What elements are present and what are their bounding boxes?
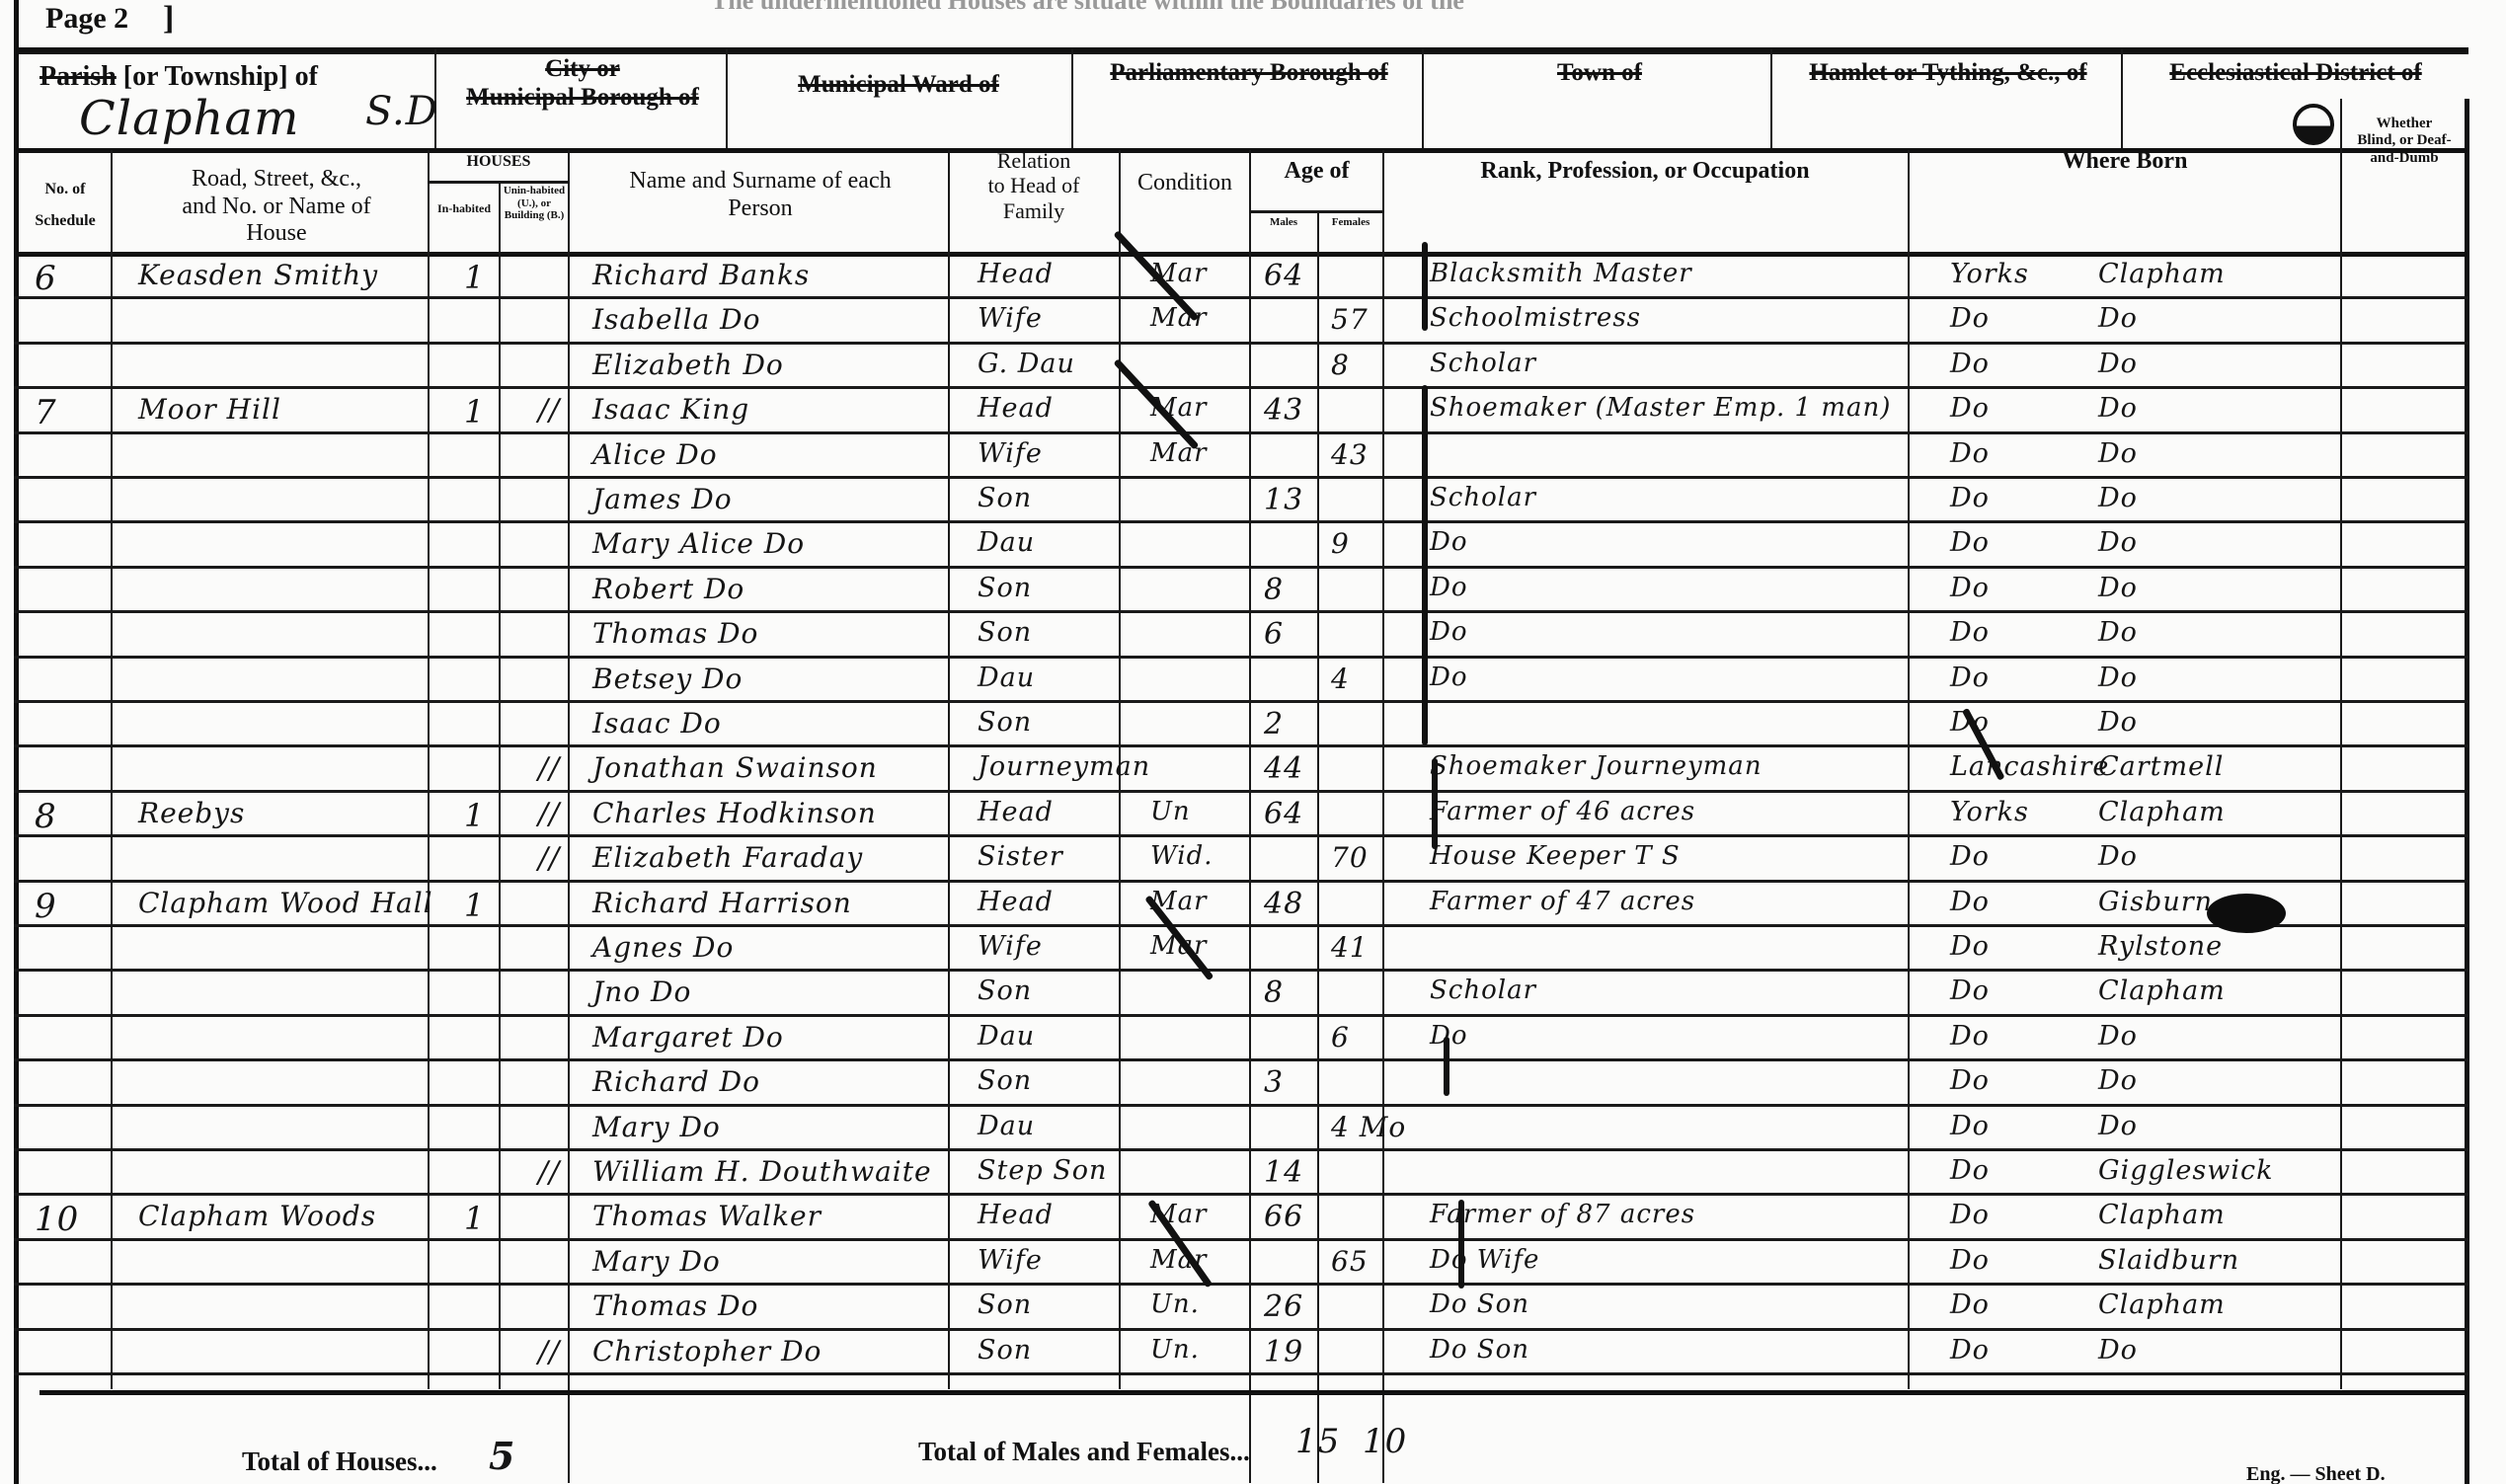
name-cell: Alice Do: [592, 438, 718, 471]
table-row: //William H. DouthwaiteStep Son14DoGiggl…: [0, 1151, 2468, 1196]
table-row: Mary DoDau4 MoDoDo: [0, 1107, 2468, 1151]
female-age-cell: 41: [1331, 931, 1369, 964]
table-row: //Elizabeth FaradaySisterWid.70House Kee…: [0, 837, 2468, 882]
ward-label: Municipal Ward of: [741, 71, 1057, 100]
born-county-cell: Yorks: [1950, 797, 2029, 827]
born-county-cell: Do: [1950, 483, 1990, 513]
relation-cell: Son: [978, 707, 1032, 738]
schedule-cell: 9: [35, 887, 57, 926]
born-county-cell: Lancashire: [1950, 751, 2109, 782]
inhabited-cell: 1: [464, 259, 485, 296]
parish-township-label: [or Township] of: [123, 61, 318, 92]
page-number-label: Page 2: [45, 2, 128, 36]
relation-cell: Son: [978, 976, 1032, 1006]
occupation-cell: Do: [1430, 573, 1468, 602]
table-row: 8Reebys1//Charles HodkinsonHeadUn64Farme…: [0, 793, 2468, 837]
col-header-blind-line1: Whether: [2342, 116, 2467, 132]
table-row: 7Moor Hill1//Isaac KingHeadMar43Shoemake…: [0, 389, 2468, 433]
relation-cell: Head: [978, 259, 1054, 289]
col-header-road-line3: House: [138, 220, 415, 248]
born-county-cell: Do: [1950, 1335, 1990, 1366]
road-cell: Moor Hill: [138, 393, 281, 426]
relation-cell: Wife: [978, 303, 1043, 334]
col-header-relation-line3: Family: [950, 198, 1118, 223]
col-header-schedule: No. of Schedule: [22, 181, 109, 231]
page-bracket: ]: [163, 0, 174, 38]
occupation-cell: Scholar: [1430, 349, 1536, 378]
total-persons-label: Total of Males and Females...: [918, 1437, 1250, 1467]
table-row: Isaac DoSon2DoDo: [0, 703, 2468, 747]
name-cell: Isaac King: [592, 393, 749, 426]
relation-cell: Son: [978, 573, 1032, 603]
inhabited-cell: 1: [464, 393, 485, 430]
table-row: Alice DoWifeMar43DoDo: [0, 434, 2468, 479]
header-divider: [2121, 49, 2123, 148]
top-strip-text: The undermentioned Houses are situate wi…: [711, 0, 1464, 16]
relation-cell: Son: [978, 1065, 1032, 1096]
occupation-tally-bar: [1458, 1200, 1464, 1289]
name-cell: Jno Do: [592, 976, 691, 1008]
born-county-cell: Do: [1950, 1021, 1990, 1052]
female-age-cell: 57: [1331, 303, 1369, 336]
ink-blot: [2207, 894, 2286, 933]
born-county-cell: Do: [1950, 887, 1990, 917]
separator-mark: //: [538, 841, 560, 876]
occupation-cell: Shoemaker (Master Emp. 1 man): [1430, 393, 1891, 423]
relation-cell: Sister: [978, 841, 1063, 872]
relation-cell: Son: [978, 617, 1032, 648]
parish-annotation: S.D: [365, 89, 438, 134]
col-header-schedule-line2: Schedule: [22, 212, 109, 230]
born-place-cell: Do: [2098, 663, 2138, 693]
condition-cell: Mar: [1150, 303, 1208, 333]
city-label-line1: City or: [454, 55, 711, 84]
male-age-cell: 6: [1264, 617, 1284, 652]
born-county-cell: Do: [1950, 976, 1990, 1006]
born-place-cell: Do: [2098, 573, 2138, 603]
born-place-cell: Do: [2098, 303, 2138, 334]
stamp-icon: [2293, 104, 2334, 145]
col-header-occupation: Rank, Profession, or Occupation: [1382, 158, 1908, 186]
male-age-cell: 64: [1264, 259, 1303, 293]
table-row: Mary Alice DoDau9DoDoDo: [0, 523, 2468, 568]
table-row: Margaret DoDau6DoDoDo: [0, 1017, 2468, 1061]
col-header-road: Road, Street, &c., and No. or Name of Ho…: [138, 166, 415, 248]
born-county-cell: Do: [1950, 617, 1990, 648]
born-county-cell: Do: [1950, 1200, 1990, 1230]
born-place-cell: Clapham: [2098, 259, 2226, 289]
born-place-cell: Do: [2098, 1021, 2138, 1052]
occupation-cell: Farmer of 47 acres: [1430, 887, 1695, 916]
born-county-cell: Do: [1950, 1065, 1990, 1096]
occupation-tally-bar: [1422, 385, 1428, 745]
col-header-houses: HOUSES: [430, 153, 568, 171]
table-row: //Jonathan SwainsonJourneyman44Shoemaker…: [0, 747, 2468, 792]
male-age-cell: 8: [1264, 573, 1284, 607]
born-place-cell: Do: [2098, 527, 2138, 558]
name-cell: Margaret Do: [592, 1021, 784, 1054]
born-place-cell: Clapham: [2098, 1200, 2226, 1230]
parliamentary-label: Parliamentary Borough of: [1086, 59, 1412, 88]
relation-cell: Dau: [978, 663, 1035, 693]
city-label: City or Municipal Borough of: [454, 55, 711, 113]
city-label-line2: Municipal Borough of: [454, 84, 711, 113]
occupation-tally-bar: [1444, 1037, 1449, 1096]
occupation-cell: Do Son: [1430, 1289, 1529, 1319]
table-row: 10Clapham Woods1Thomas WalkerHeadMar66Fa…: [0, 1196, 2468, 1240]
table-row: //Christopher DoSonUn.19Do SonDoDo: [0, 1331, 2468, 1375]
born-place-cell: Gisburn: [2098, 887, 2213, 917]
occupation-cell: Scholar: [1430, 976, 1536, 1005]
inhabited-cell: 1: [464, 1200, 485, 1237]
road-cell: Clapham Woods: [138, 1200, 376, 1232]
header-divider: [1071, 49, 1073, 148]
male-age-cell: 26: [1264, 1289, 1303, 1324]
relation-cell: Dau: [978, 1111, 1035, 1141]
schedule-cell: 8: [35, 797, 57, 836]
parish-label: Parish [or Township] of: [39, 61, 318, 93]
born-place-cell: Rylstone: [2098, 931, 2223, 962]
condition-cell: Un.: [1150, 1335, 1200, 1365]
born-county-cell: Do: [1950, 438, 1990, 469]
born-place-cell: Do: [2098, 1335, 2138, 1366]
born-place-cell: Do: [2098, 1111, 2138, 1141]
header-divider: [1770, 49, 1772, 148]
male-age-cell: 14: [1264, 1155, 1303, 1190]
name-cell: Richard Harrison: [592, 887, 852, 919]
table-row: Betsey DoDau4DoDoDo: [0, 659, 2468, 703]
born-county-cell: Yorks: [1950, 259, 2029, 289]
age-group-rule: [1249, 210, 1382, 213]
name-cell: Mary Do: [592, 1111, 721, 1143]
name-cell: Jonathan Swainson: [592, 751, 878, 784]
male-age-cell: 2: [1264, 707, 1284, 742]
name-cell: Elizabeth Do: [592, 349, 784, 381]
born-county-cell: Do: [1950, 527, 1990, 558]
name-cell: Mary Do: [592, 1245, 721, 1278]
born-place-cell: Do: [2098, 349, 2138, 379]
born-county-cell: Do: [1950, 1111, 1990, 1141]
born-place-cell: Do: [2098, 438, 2138, 469]
relation-cell: Son: [978, 1335, 1032, 1366]
hamlet-label: Hamlet or Tything, &c., of: [1785, 59, 2111, 88]
table-row: Elizabeth DoG. Dau8ScholarDoDo: [0, 345, 2468, 389]
total-houses-value: 5: [489, 1434, 515, 1478]
table-row: Mary DoWifeMar65Do WifeDoSlaidburn: [0, 1241, 2468, 1286]
relation-cell: Head: [978, 1200, 1054, 1230]
table-row: Thomas DoSon6DoDoDo: [0, 613, 2468, 658]
name-cell: Robert Do: [592, 573, 744, 605]
name-cell: Charles Hodkinson: [592, 797, 877, 829]
occupation-cell: Blacksmith Master: [1430, 259, 1692, 288]
col-header-males: Males: [1251, 216, 1316, 229]
born-county-cell: Do: [1950, 1289, 1990, 1320]
male-age-cell: 66: [1264, 1200, 1303, 1234]
relation-cell: Journeyman: [978, 751, 1150, 782]
occupation-cell: Farmer of 46 acres: [1430, 797, 1695, 826]
road-cell: Reebys: [138, 797, 245, 829]
totals-top-rule: [39, 1390, 2468, 1395]
town-label: Town of: [1442, 59, 1758, 88]
total-males-value: 15: [1295, 1422, 1340, 1461]
condition-cell: Wid.: [1150, 841, 1214, 871]
name-cell: James Do: [592, 483, 733, 515]
name-cell: Elizabeth Faraday: [592, 841, 863, 874]
inhabited-cell: 1: [464, 797, 485, 834]
col-header-females: Females: [1319, 216, 1382, 229]
table-row: Agnes DoWifeMar41DoRylstone: [0, 927, 2468, 972]
female-age-cell: 4: [1331, 663, 1350, 695]
occupation-cell: Farmer of 87 acres: [1430, 1200, 1695, 1229]
relation-cell: G. Dau: [978, 349, 1075, 379]
col-header-name-line2: Person: [573, 195, 948, 223]
occupation-cell: Do Wife: [1430, 1245, 1539, 1275]
born-county-cell: Do: [1950, 841, 1990, 872]
name-cell: William H. Douthwaite: [592, 1155, 932, 1188]
total-houses-label: Total of Houses...: [242, 1446, 437, 1477]
col-header-relation-line2: to Head of: [950, 173, 1118, 197]
female-age-cell: 70: [1331, 841, 1369, 874]
table-row: Isabella DoWifeMar57SchoolmistressDoDo: [0, 299, 2468, 344]
col-header-blind: Whether Blind, or Deaf- and-Dumb: [2342, 116, 2467, 167]
born-place-cell: Do: [2098, 393, 2138, 424]
occupation-cell: House Keeper T S: [1430, 841, 1681, 871]
name-cell: Thomas Walker: [592, 1200, 822, 1232]
male-age-cell: 64: [1264, 797, 1303, 831]
relation-cell: Head: [978, 393, 1054, 424]
col-header-condition: Condition: [1121, 170, 1249, 197]
born-county-cell: Do: [1950, 303, 1990, 334]
table-row: Richard DoSon3DoDo: [0, 1061, 2468, 1106]
col-header-schedule-line1: No. of: [22, 181, 109, 198]
female-age-cell: 9: [1331, 527, 1350, 560]
occupation-cell: Do Son: [1430, 1335, 1529, 1365]
relation-cell: Head: [978, 887, 1054, 917]
male-age-cell: 13: [1264, 483, 1303, 517]
occupation-cell: Shoemaker Journeyman: [1430, 751, 1762, 781]
separator-mark: //: [538, 751, 560, 786]
born-place-cell: Do: [2098, 483, 2138, 513]
born-place-cell: Clapham: [2098, 976, 2226, 1006]
occupation-cell: Schoolmistress: [1430, 303, 1641, 333]
col-header-inhabited: In-habited: [431, 202, 497, 216]
born-place-cell: Do: [2098, 707, 2138, 738]
relation-cell: Son: [978, 1289, 1032, 1320]
separator-mark: //: [538, 1155, 560, 1190]
born-county-cell: Do: [1950, 931, 1990, 962]
born-place-cell: Do: [2098, 1065, 2138, 1096]
born-county-cell: Do: [1950, 393, 1990, 424]
born-county-cell: Do: [1950, 663, 1990, 693]
col-header-name-line1: Name and Surname of each: [573, 168, 948, 195]
header-divider: [1422, 49, 1424, 148]
relation-cell: Head: [978, 797, 1054, 827]
occupation-tally-bar: [1432, 758, 1438, 849]
table-row: James DoSon13ScholarDoDo: [0, 479, 2468, 523]
col-header-relation: Relation to Head of Family: [950, 148, 1118, 223]
name-cell: Thomas Do: [592, 1289, 758, 1322]
occupation-cell: Scholar: [1430, 483, 1536, 512]
table-row: Robert DoSon8DoDoDo: [0, 569, 2468, 613]
name-cell: Isabella Do: [592, 303, 760, 336]
relation-cell: Step Son: [978, 1155, 1107, 1186]
schedule-cell: 10: [35, 1200, 79, 1239]
table-row: 9Clapham Wood Hall1Richard HarrisonHeadM…: [0, 883, 2468, 927]
name-cell: Agnes Do: [592, 931, 734, 964]
condition-cell: Mar: [1150, 438, 1208, 468]
table-row: Thomas DoSonUn.26Do SonDoClapham: [0, 1286, 2468, 1330]
born-county-cell: Do: [1950, 349, 1990, 379]
header-divider: [726, 49, 728, 148]
relation-cell: Dau: [978, 1021, 1035, 1052]
total-females-value: 10: [1363, 1422, 1407, 1461]
col-header-uninhabited: Unin-habited (U.), or Building (B.): [502, 185, 567, 222]
name-cell: Richard Do: [592, 1065, 760, 1098]
parish-value: Clapham: [79, 91, 299, 146]
separator-mark: //: [538, 1335, 560, 1369]
houses-group-rule: [428, 181, 568, 184]
schedule-cell: 7: [35, 393, 57, 432]
female-age-cell: 8: [1331, 349, 1350, 381]
row-rule: [14, 1372, 2468, 1375]
occupation-cell: Do: [1430, 663, 1468, 692]
sheet-label: Eng. — Sheet D.: [2246, 1463, 2386, 1484]
relation-cell: Wife: [978, 438, 1043, 469]
born-place-cell: Do: [2098, 841, 2138, 872]
born-place-cell: Clapham: [2098, 1289, 2226, 1320]
male-age-cell: 8: [1264, 976, 1284, 1010]
census-page: The undermentioned Houses are situate wi…: [0, 0, 2506, 1484]
col-header-road-line1: Road, Street, &c.,: [138, 166, 415, 194]
schedule-cell: 6: [35, 259, 57, 298]
relation-cell: Wife: [978, 931, 1043, 962]
col-header-born: Where Born: [1910, 148, 2340, 176]
name-cell: Christopher Do: [592, 1335, 822, 1367]
born-county-cell: Do: [1950, 1155, 1990, 1186]
female-age-cell: 4 Mo: [1331, 1111, 1406, 1143]
name-cell: Betsey Do: [592, 663, 743, 695]
male-age-cell: 44: [1264, 751, 1303, 786]
header-top-rule-2: [14, 49, 2468, 54]
ecclesiastical-label: Ecclesiastical District of: [2133, 59, 2459, 88]
name-cell: Isaac Do: [592, 707, 722, 740]
col-header-blind-line3: and-Dumb: [2342, 150, 2467, 167]
occupation-tally-bar: [1422, 242, 1428, 331]
name-cell: Thomas Do: [592, 617, 758, 650]
male-age-cell: 19: [1264, 1335, 1303, 1369]
col-header-blind-line2: Blind, or Deaf-: [2342, 132, 2467, 149]
separator-mark: //: [538, 797, 560, 831]
condition-cell: Un: [1150, 797, 1191, 826]
col-header-road-line2: and No. or Name of: [138, 194, 415, 221]
female-age-cell: 6: [1331, 1021, 1350, 1054]
born-county-cell: Do: [1950, 1245, 1990, 1276]
born-place-cell: Giggleswick: [2098, 1155, 2273, 1186]
table-row: Jno DoSon8ScholarDoClapham: [0, 972, 2468, 1016]
name-cell: Richard Banks: [592, 259, 810, 291]
born-place-cell: Cartmell: [2098, 751, 2224, 782]
table-row: 6Keasden Smithy1Richard BanksHeadMar64Bl…: [0, 255, 2468, 299]
col-header-relation-line1: Relation: [950, 148, 1118, 173]
born-place-cell: Do: [2098, 617, 2138, 648]
separator-mark: //: [538, 393, 560, 428]
occupation-cell: Do: [1430, 527, 1468, 557]
inhabited-cell: 1: [464, 887, 485, 924]
born-place-cell: Clapham: [2098, 797, 2226, 827]
relation-cell: Wife: [978, 1245, 1043, 1276]
name-cell: Mary Alice Do: [592, 527, 805, 560]
road-cell: Clapham Wood Hall: [138, 887, 433, 919]
col-header-age: Age of: [1251, 158, 1382, 186]
male-age-cell: 3: [1264, 1065, 1284, 1100]
relation-cell: Dau: [978, 527, 1035, 558]
born-place-cell: Slaidburn: [2098, 1245, 2239, 1276]
born-county-cell: Do: [1950, 573, 1990, 603]
road-cell: Keasden Smithy: [138, 259, 378, 291]
condition-cell: Un.: [1150, 1289, 1200, 1319]
col-header-name: Name and Surname of each Person: [573, 168, 948, 222]
male-age-cell: 43: [1264, 393, 1303, 428]
male-age-cell: 48: [1264, 887, 1303, 921]
female-age-cell: 43: [1331, 438, 1369, 471]
parish-struck-label: Parish: [39, 61, 117, 92]
occupation-cell: Do: [1430, 617, 1468, 647]
female-age-cell: 65: [1331, 1245, 1369, 1278]
relation-cell: Son: [978, 483, 1032, 513]
